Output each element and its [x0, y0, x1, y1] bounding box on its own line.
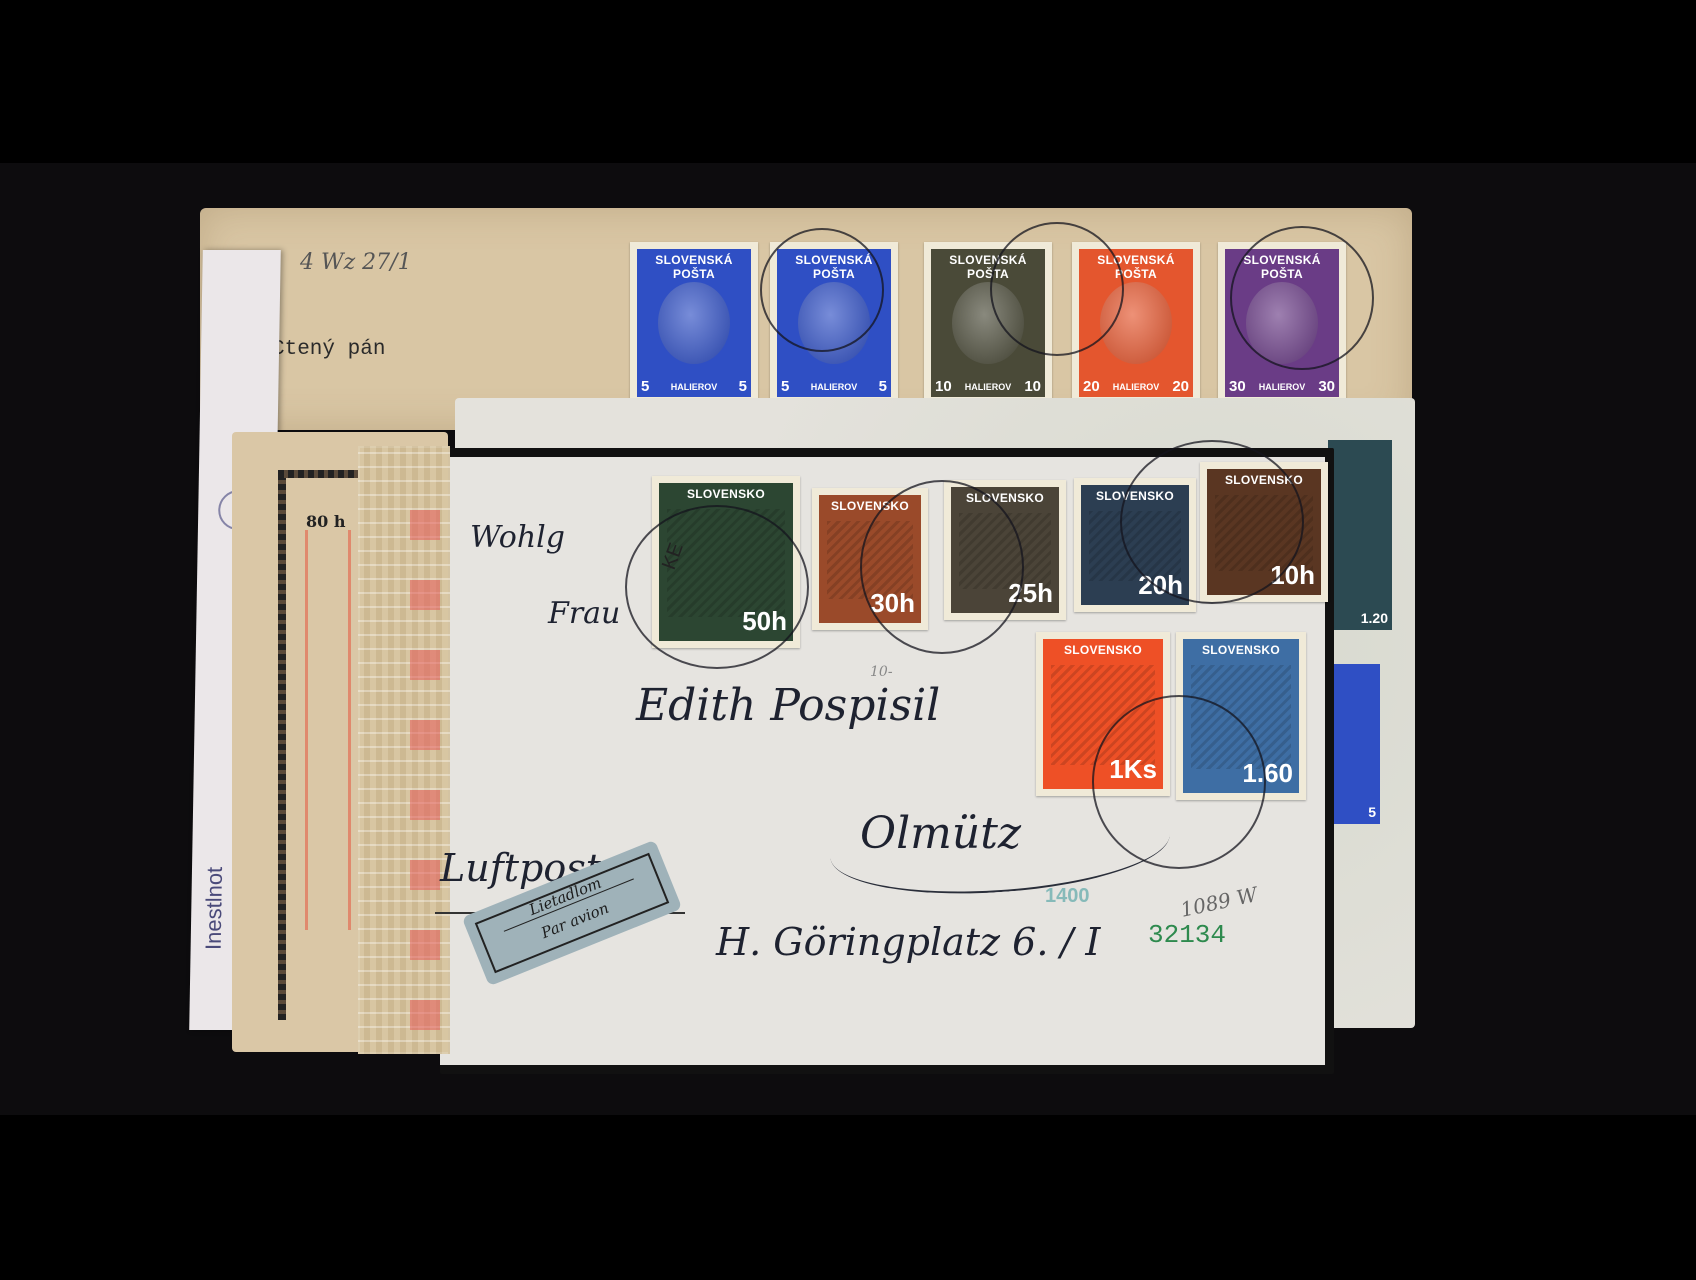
stamp-value: 5: [879, 378, 887, 395]
stamp-header: SLOVENSKÁ POŠTA: [1225, 253, 1339, 281]
stamp-value: 20h: [1138, 570, 1183, 601]
stamp-value: 10: [1024, 378, 1041, 395]
stamp-header: SLOVENSKÁ POŠTA: [637, 253, 751, 281]
back-cover-stamp: SLOVENSKÁ POŠTAHALIEROV3030: [1218, 242, 1346, 404]
stamp-value: 5: [781, 378, 789, 395]
stamp-value: 30h: [870, 588, 915, 619]
front-cover-stamp: SLOVENSKO1.60: [1176, 632, 1306, 800]
back-cover-stamp: SLOVENSKÁ POŠTAHALIEROV55: [770, 242, 898, 404]
stamp-value: 30: [1318, 378, 1335, 395]
stamp-value: 10h: [1270, 560, 1315, 591]
front-cover-stamp: SLOVENSKO30h: [812, 488, 928, 630]
portrait-oval: [798, 282, 871, 365]
stamp-value: 50h: [742, 606, 787, 637]
address-line-5: H. Göringplatz 6. / I: [716, 920, 1100, 964]
stamp-picture: [1191, 665, 1291, 769]
stamp-header: SLOVENSKO: [819, 499, 921, 513]
address-line-2: Frau: [548, 596, 620, 631]
back-cover-stamp: SLOVENSKÁ POŠTAHALIEROV55: [630, 242, 758, 404]
stamp-header: SLOVENSKO: [659, 487, 793, 501]
front-cover-stamp: SLOVENSKO10h: [1200, 462, 1328, 602]
back-cover-stamp: SLOVENSKÁ POŠTAHALIEROV2020: [1072, 242, 1200, 404]
front-cover-stamp: SLOVENSKO25h: [944, 480, 1066, 620]
red-censor-marks: [410, 470, 440, 1030]
portrait-oval: [1100, 282, 1173, 365]
stamp-picture: [667, 509, 785, 617]
side-strip-text: Inestlnot: [201, 867, 228, 950]
stamp-value: 20: [1083, 378, 1100, 395]
pencil-note: 4 Wz 27/1: [300, 250, 412, 275]
stamp-unit: HALIEROV: [637, 382, 751, 392]
portrait-oval: [952, 282, 1025, 365]
stamp-header: SLOVENSKO: [951, 491, 1059, 505]
stamp-header: SLOVENSKO: [1043, 643, 1163, 657]
stamp-value: 1.60: [1242, 758, 1293, 789]
stamp-header: SLOVENSKÁ POŠTA: [777, 253, 891, 281]
stamp-value: 20: [1172, 378, 1189, 395]
stamp-picture: [1051, 665, 1155, 765]
stamp-unit: HALIEROV: [777, 382, 891, 392]
back-cover-stamp: SLOVENSKÁ POŠTAHALIEROV1010: [924, 242, 1052, 404]
address-line-1: Wohlg: [470, 520, 565, 555]
typed-salutation: Ctený pán: [272, 338, 385, 361]
stamp-header: SLOVENSKO: [1183, 643, 1299, 657]
stamp-value: 1Ks: [1109, 754, 1157, 785]
decorative-border: [278, 470, 286, 1020]
stamp-value: 25h: [1008, 578, 1053, 609]
portrait-oval: [658, 282, 731, 365]
stamp-value: 5: [739, 378, 747, 395]
stamp-value: 30: [1229, 378, 1246, 395]
red-ruled-lines: [305, 530, 351, 930]
decorative-border-top: [278, 470, 358, 478]
portrait-oval: [1246, 282, 1319, 365]
front-cover-stamp: SLOVENSKO20h: [1074, 478, 1196, 612]
stamp-header: SLOVENSKÁ POŠTA: [931, 253, 1045, 281]
stamp-header: SLOVENSKO: [1081, 489, 1189, 503]
pencil-number-1: 10-: [870, 664, 893, 680]
front-cover-stamp: SLOVENSKO1Ks: [1036, 632, 1170, 796]
stamp-header: SLOVENSKÁ POŠTA: [1079, 253, 1193, 281]
right-cover-stamp: 5: [1330, 664, 1380, 824]
stamp-value: 5: [641, 378, 649, 395]
stamp-header: SLOVENSKO: [1207, 473, 1321, 487]
stamp-value: 10: [935, 378, 952, 395]
address-line-3: Edith Pospisil: [636, 680, 940, 731]
right-cover-stamp: 1.20: [1328, 440, 1392, 630]
blue-stamp-number: 1400: [1045, 885, 1090, 908]
green-number: 32134: [1148, 920, 1226, 950]
value-print: 80 h: [306, 512, 345, 531]
